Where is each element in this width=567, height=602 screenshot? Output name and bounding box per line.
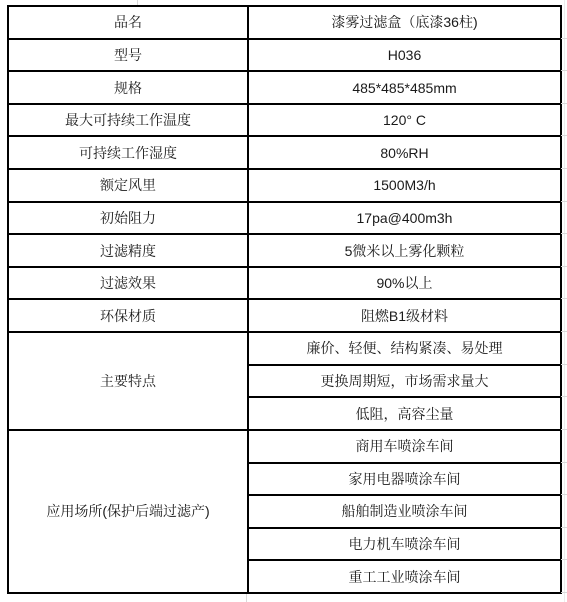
row-label-cell: 过滤效果 [8,267,248,300]
row-value-cell: 电力机车喷涂车间 [248,528,561,561]
product-spec-table: 品名漆雾过滤盒（底漆36柱)型号H036规格485*485*485mm最大可持续… [7,5,562,594]
row-label-cell: 规格 [8,71,248,104]
row-value-cell: 17pa@400m3h [248,202,561,235]
table-row: 主要特点廉价、轻便、结构紧凑、易处理 [8,332,561,365]
table-row: 额定风里1500M3/h [8,169,561,202]
table-row: 最大可持续工作温度120° C [8,104,561,137]
table-row: 过滤精度5微米以上雾化颗粒 [8,234,561,267]
row-label-cell: 应用场所(保护后端过滤产) [8,430,248,593]
row-value-cell: 重工工业喷涂车间 [248,560,561,593]
table-row: 环保材质阻燃B1级材料 [8,299,561,332]
row-label-cell: 主要特点 [8,332,248,430]
row-value-cell: 商用车喷涂车间 [248,430,561,463]
table-row: 品名漆雾过滤盒（底漆36柱) [8,6,561,39]
table-row: 过滤效果90%以上 [8,267,561,300]
table-row: 可持续工作湿度80%RH [8,136,561,169]
gridline [246,594,247,602]
row-label-cell: 品名 [8,6,248,39]
table-row: 应用场所(保护后端过滤产)商用车喷涂车间 [8,430,561,463]
row-value-cell: 低阻，高容尘量 [248,397,561,430]
row-value-cell: 485*485*485mm [248,71,561,104]
row-value-cell: 家用电器喷涂车间 [248,463,561,496]
row-label-cell: 初始阻力 [8,202,248,235]
row-value-cell: 更换周期短，市场需求量大 [248,365,561,398]
row-value-cell: 80%RH [248,136,561,169]
row-label-cell: 可持续工作湿度 [8,136,248,169]
row-label-cell: 额定风里 [8,169,248,202]
row-value-cell: 1500M3/h [248,169,561,202]
row-label-cell: 环保材质 [8,299,248,332]
row-label-cell: 最大可持续工作温度 [8,104,248,137]
table-row: 型号H036 [8,39,561,72]
row-value-cell: 120° C [248,104,561,137]
spec-table-body: 品名漆雾过滤盒（底漆36柱)型号H036规格485*485*485mm最大可持续… [8,6,561,593]
gridline [564,0,565,602]
row-value-cell: 漆雾过滤盒（底漆36柱) [248,6,561,39]
table-row: 规格485*485*485mm [8,71,561,104]
row-label-cell: 过滤精度 [8,234,248,267]
row-value-cell: 廉价、轻便、结构紧凑、易处理 [248,332,561,365]
row-label-cell: 型号 [8,39,248,72]
table-row: 初始阻力17pa@400m3h [8,202,561,235]
row-value-cell: 5微米以上雾化颗粒 [248,234,561,267]
row-value-cell: 阻燃B1级材料 [248,299,561,332]
row-value-cell: H036 [248,39,561,72]
row-value-cell: 90%以上 [248,267,561,300]
row-value-cell: 船舶制造业喷涂车间 [248,495,561,528]
